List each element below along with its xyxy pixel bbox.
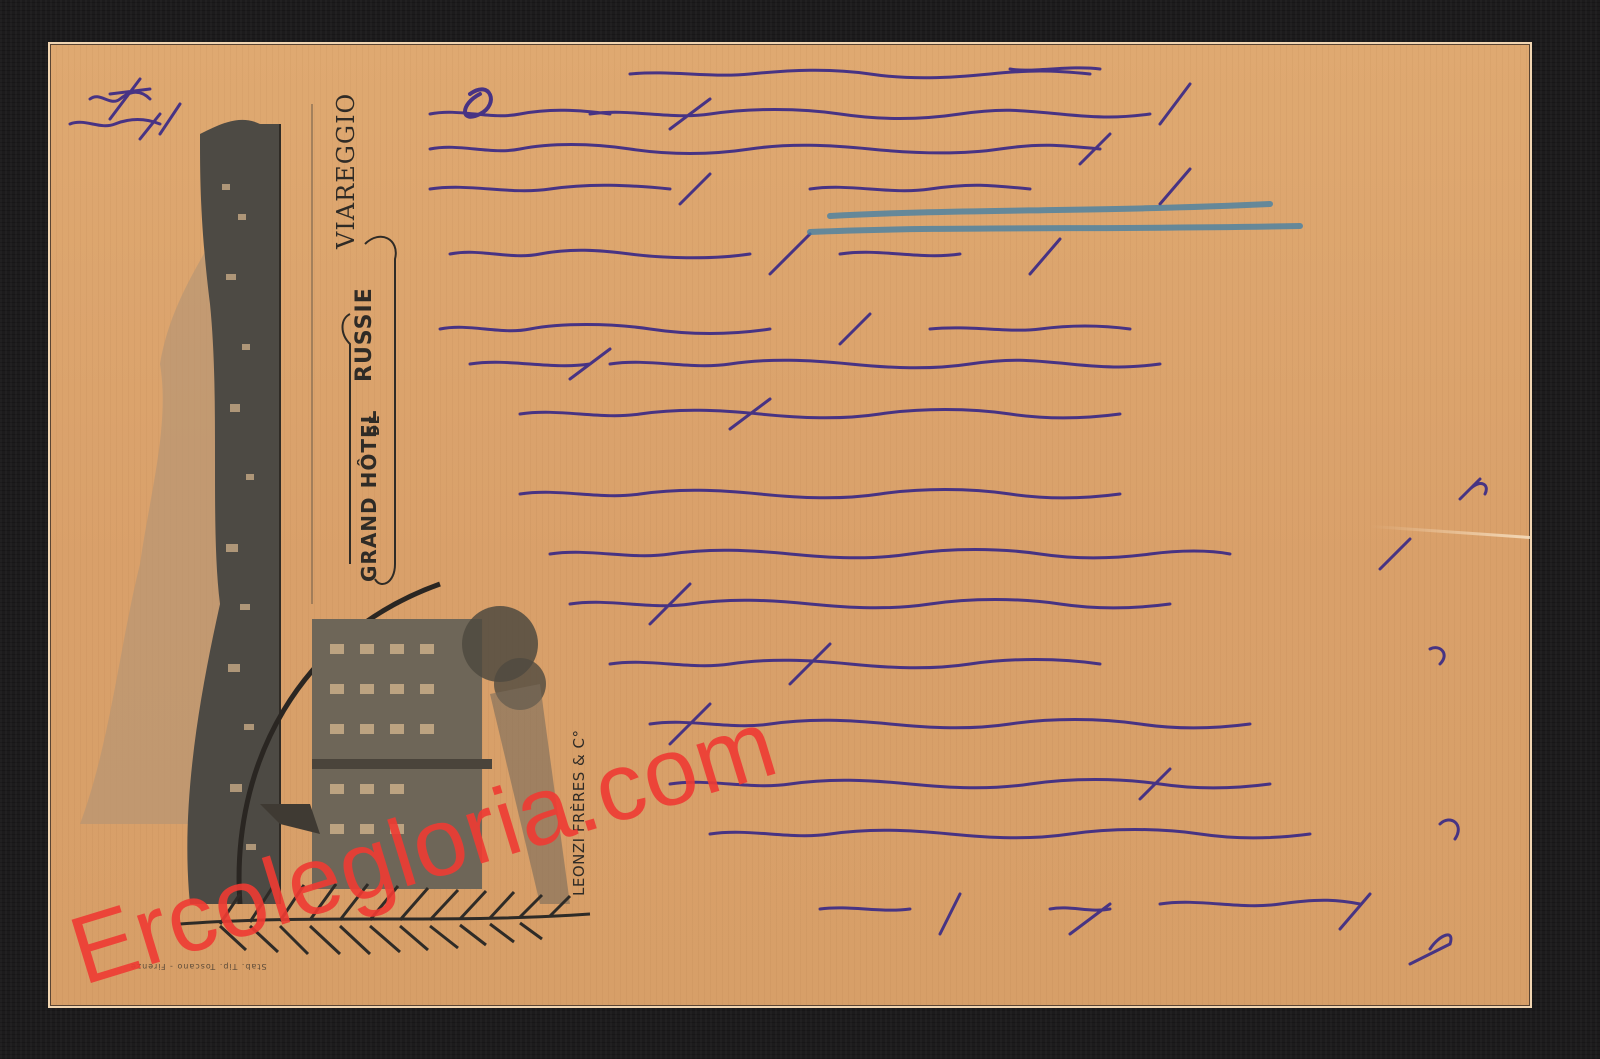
blue-pencil-strike: [810, 204, 1300, 232]
town-label: VIAREGGIO: [332, 93, 360, 249]
hotel-name-line3: RUSSIE: [352, 287, 377, 382]
hotel-name-line1: GRAND HÔTEL: [357, 410, 381, 582]
postcard: VIAREGGIO RUSSIE DE GRAND HÔTEL LEONZI F…: [48, 42, 1532, 1008]
handwritten-message: [70, 68, 1486, 964]
